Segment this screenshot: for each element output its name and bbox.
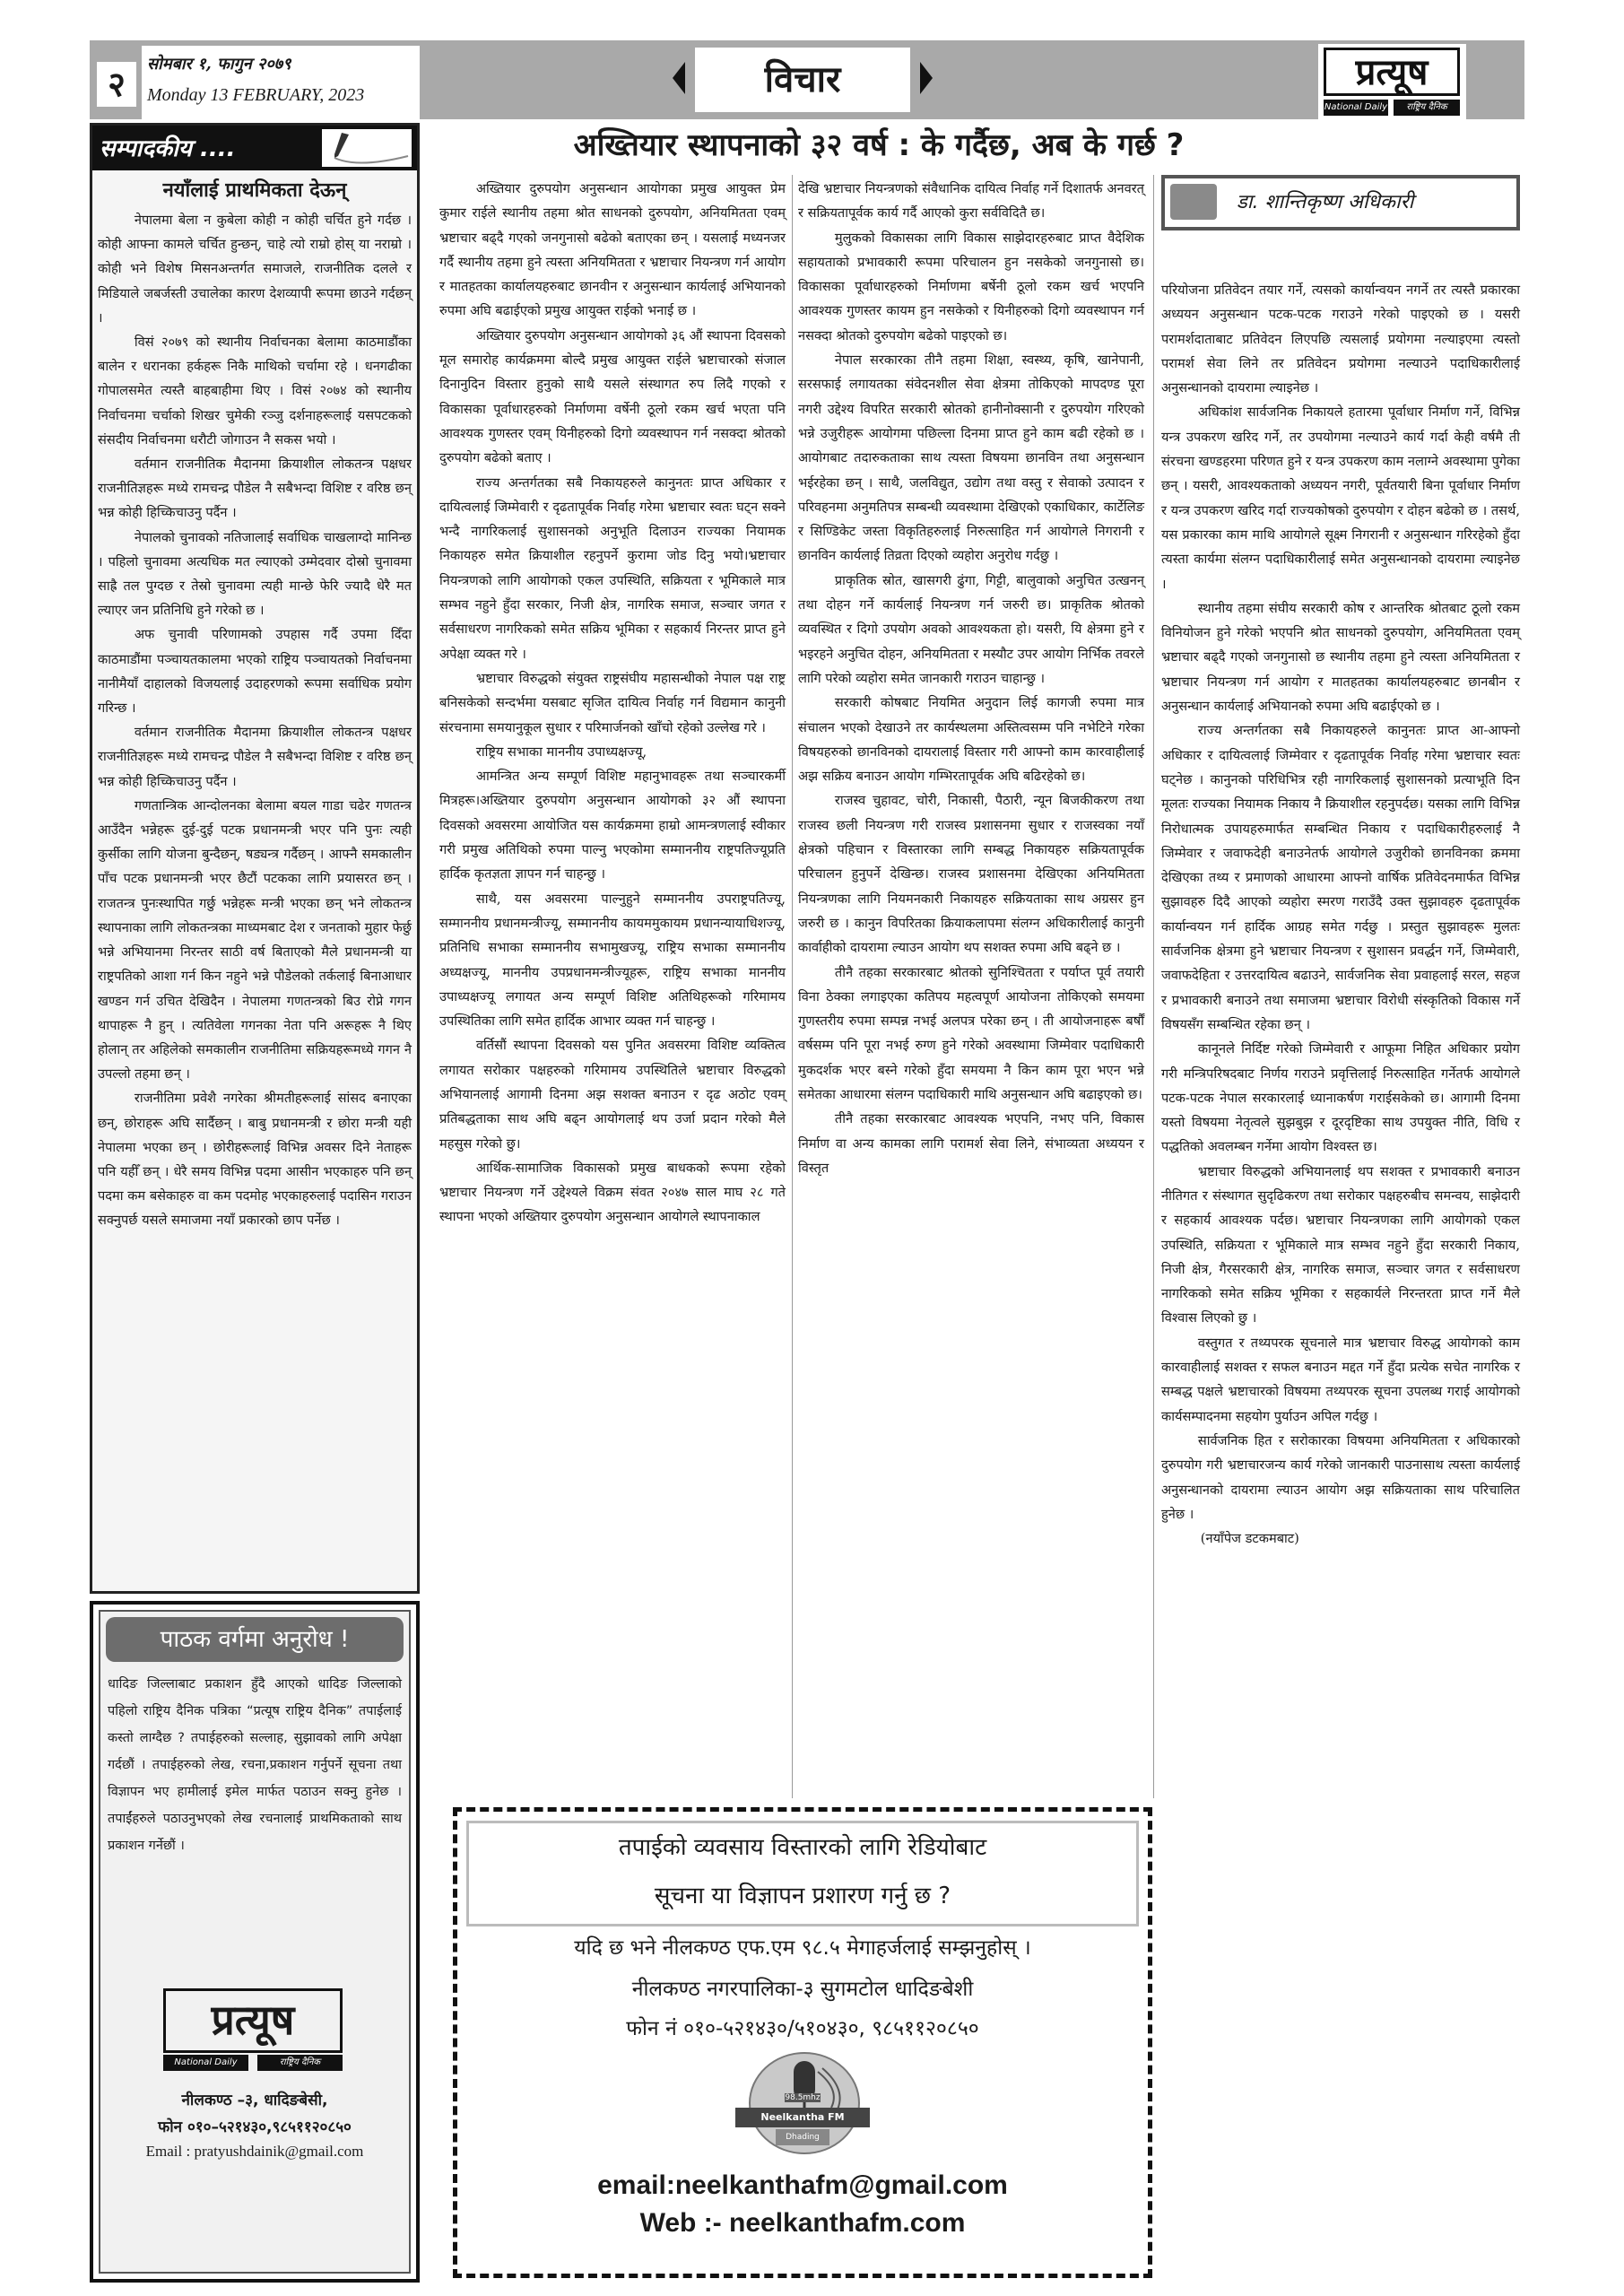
paragraph: वर्तमान राजनीतिक मैदानमा क्रियाशील लोकतन… (98, 452, 412, 526)
column-divider (1153, 175, 1154, 1798)
article-column-1: अख्तियार दुरुपयोग अनुसन्धान आयोगका प्रमु… (439, 177, 786, 1798)
paragraph: वस्तुगत र तथ्यपरक सूचनाले मात्र भ्रष्टाच… (1161, 1331, 1520, 1429)
paragraph: देखि भ्रष्टाचार नियन्त्रणको संवैधानिक दा… (798, 177, 1144, 226)
paragraph: अफ चुनावी परिणामको उपहास गर्दै उपमा दिँद… (98, 622, 412, 720)
editorial-body: नेपालमा बेला न कुबेला कोही न कोही चर्चित… (98, 208, 412, 1233)
page-number: २ (97, 62, 136, 107)
paragraph: साथै, यस अवसरमा पाल्नुहुने सम्माननीय उपर… (439, 887, 786, 1034)
pen-icon (322, 129, 412, 167)
section-title: विचार (695, 48, 910, 112)
paragraph: नेपालमा बेला न कुबेला कोही न कोही चर्चित… (98, 208, 412, 330)
date-box: सोमबार १, फागुन २०७९ Monday 13 FEBRUARY,… (142, 46, 420, 119)
paragraph: राजस्व चुहावट, चोरी, निकासी, पैठारी, न्य… (798, 788, 1144, 960)
reader-request-title: पाठक वर्गमा अनुरोध ! (106, 1617, 404, 1662)
paragraph: सरकारी कोषबाट नियमित अनुदान लिई कागजी रु… (798, 691, 1144, 788)
ad-line: यदि छ भने नीलकण्ठ एफ.एम ९८.५ मेगाहर्जलाई… (457, 1932, 1148, 1961)
pratyush-logo: प्रत्यूष (163, 1988, 343, 2053)
masthead-name: प्रत्यूष (1324, 48, 1460, 96)
paragraph: वर्तिसौं स्थापना दिवसको यस पुनित अवसरमा … (439, 1033, 786, 1155)
ad-website: Web :- neelkanthafm.com (457, 2208, 1148, 2239)
paragraph: नेपाल सरकारका तीनै तहमा शिक्षा, स्वस्थ्य… (798, 348, 1144, 569)
paragraph: परियोजना प्रतिवेदन तयार गर्ने, त्यसको का… (1161, 278, 1520, 400)
paragraph: प्राकृतिक स्रोत, खासगरी ढुंगा, गिट्टी, ब… (798, 569, 1144, 691)
paragraph: राजनीतिमा प्रवेशै नगरेका श्रीमतीहरूलाई स… (98, 1086, 412, 1232)
ad-phone: फोन नं ०१०-५२१४३०/५१०४३०, ९८५११२०८५० (457, 2013, 1148, 2041)
paragraph: तीनै तहका सरकारबाट आवश्यक भएपनि, नभए पनि… (798, 1107, 1144, 1180)
paragraph: वर्तमान राजनीतिक मैदानमा क्रियाशील लोकतन… (98, 720, 412, 794)
masthead-tag-en: National Daily (1324, 100, 1388, 116)
newspaper-page: २ सोमबार १, फागुन २०७९ Monday 13 FEBRUAR… (90, 40, 1524, 2283)
logo-tag-np: राष्ट्रिय दैनिक (257, 2055, 343, 2071)
paragraph: अख्तियार दुरुपयोग अनुसन्धान आयोगको ३६ औं… (439, 324, 786, 471)
ad-address: नीलकण्ठ नगरपालिका-३ सुगमटोल धादिङबेशी (457, 1973, 1148, 2002)
article-headline: अख्तियार स्थापनाको ३२ वर्ष : के गर्दैछ, … (430, 123, 1327, 168)
logo-name: Neelkantha FM (735, 2108, 870, 2127)
paragraph: भ्रष्टाचार विरुद्धको संयुक्त राष्ट्रसंघी… (439, 666, 786, 740)
pratyush-logo-tags: National Daily राष्ट्रिय दैनिक (163, 2055, 343, 2073)
paragraph: गणतान्त्रिक आन्दोलनका बेलामा बयल गाडा चढ… (98, 794, 412, 1086)
date-nepali: सोमबार १, फागुन २०७९ (147, 53, 291, 74)
reader-request-inner: पाठक वर्गमा अनुरोध ! धादिङ जिल्लाबाट प्र… (99, 1610, 411, 2274)
paragraph: मुलुकको विकासका लागि विकास साझेदारहरुबाट… (798, 226, 1144, 348)
paragraph: अधिकांश सार्वजनिक निकायले हतारमा पूर्वाध… (1161, 400, 1520, 596)
paragraph: कानूनले निर्दिष्ट गरेको जिम्मेवारी र आफू… (1161, 1037, 1520, 1159)
ad-question-line: तपाईको व्यवसाय विस्तारको लागि रेडियोबाट (469, 1823, 1136, 1872)
editorial-title: नयाँलाई प्राथमिकता देऊन् (92, 176, 417, 203)
paragraph: आर्थिक-सामाजिक विकासको प्रमुख बाधकको रूप… (439, 1156, 786, 1230)
paragraph: सार्वजनिक हित र सरोकारका विषयमा अनियमितत… (1161, 1429, 1520, 1526)
paragraph: राज्य अन्तर्गतका सबै निकायहरुले कानुनतः … (1161, 718, 1520, 1037)
paragraph: नेपालको चुनावको नतिजालाई सर्वाधिक चाखलाग… (98, 526, 412, 623)
ad-question: तपाईको व्यवसाय विस्तारको लागि रेडियोबाट … (466, 1821, 1139, 1926)
page-header: २ सोमबार १, फागुन २०७९ Monday 13 FEBRUAR… (90, 40, 1524, 119)
reader-request-body: धादिङ जिल्लाबाट प्रकाशन हुँदै आएको धादिङ… (108, 1671, 402, 1859)
logo-tag-en: National Daily (163, 2055, 248, 2071)
author-byline: डा. शान्तिकृष्ण अधिकारी (1161, 175, 1520, 230)
author-name: डा. शान्तिकृष्ण अधिकारी (1237, 187, 1413, 214)
radio-advertisement: तपाईको व्यवसाय विस्तारको लागि रेडियोबाट … (453, 1807, 1152, 2278)
paragraph: भ्रष्टाचार विरुद्धको अभियानलाई थप सशक्त … (1161, 1160, 1520, 1331)
article-column-2: देखि भ्रष्टाचार नियन्त्रणको संवैधानिक दा… (798, 177, 1144, 1798)
section-banner: विचार (673, 48, 933, 112)
ad-question-line: सूचना या विज्ञापन प्रशारण गर्नु छ ? (469, 1872, 1136, 1920)
paragraph: विसं २०७९ को स्थानीय निर्वाचनका बेलामा क… (98, 330, 412, 452)
neelkantha-fm-logo: 98.5mhz Neelkantha FM Dhading (735, 2052, 870, 2151)
masthead-tag-np: राष्ट्रिय दैनिक (1394, 100, 1460, 116)
editorial-header: सम्पादकीय .... (92, 126, 417, 170)
article-source: (नयाँपेज डटकमबाट) (1161, 1526, 1520, 1551)
paragraph: तीनै तहका सरकारबाट श्रोतको सुनिश्चितता र… (798, 961, 1144, 1108)
logo-frequency: 98.5mhz (785, 2093, 821, 2102)
email-line: Email : pratyushdainik@gmail.com (100, 2143, 409, 2161)
editorial-box: सम्पादकीय .... नयाँलाई प्राथमिकता देऊन् … (90, 123, 420, 1594)
paragraph: राज्य अन्तर्गतका सबै निकायहरुले कानुनतः … (439, 471, 786, 666)
paragraph: स्थानीय तहमा संघीय सरकारी कोष र आन्तरिक … (1161, 596, 1520, 718)
ad-email: email:neelkanthafm@gmail.com (457, 2170, 1148, 2201)
triangle-right-icon (920, 62, 933, 94)
masthead-logo: प्रत्यूष National Daily राष्ट्रिय दैनिक (1318, 44, 1466, 119)
address-line: नीलकण्ठ –३, धादिङबेसी, (100, 2087, 409, 2114)
column-divider (792, 175, 793, 1798)
article-column-3: परियोजना प्रतिवेदन तयार गर्ने, त्यसको का… (1161, 278, 1520, 1551)
paragraph: अख्तियार दुरुपयोग अनुसन्धान आयोगका प्रमु… (439, 177, 786, 324)
logo-place: Dhading (776, 2129, 829, 2145)
reader-request-box: पाठक वर्गमा अनुरोध ! धादिङ जिल्लाबाट प्र… (90, 1601, 420, 2283)
reader-address: नीलकण्ठ –३, धादिङबेसी, फोन ०१०–५२१४३०,९८… (100, 2087, 409, 2141)
editorial-label: सम्पादकीय .... (100, 131, 236, 163)
paragraph: राष्ट्रिय सभाका माननीय उपाध्यक्षज्यू, (439, 740, 786, 764)
writing-hand-icon (1170, 184, 1217, 220)
triangle-left-icon (673, 62, 685, 94)
date-english: Monday 13 FEBRUARY, 2023 (147, 85, 364, 106)
phone-line: फोन ०१०–५२१४३०,९८५११२०८५० (100, 2114, 409, 2141)
paragraph: आमन्त्रित अन्य सम्पूर्ण विशिष्ट महानुभाव… (439, 764, 786, 886)
